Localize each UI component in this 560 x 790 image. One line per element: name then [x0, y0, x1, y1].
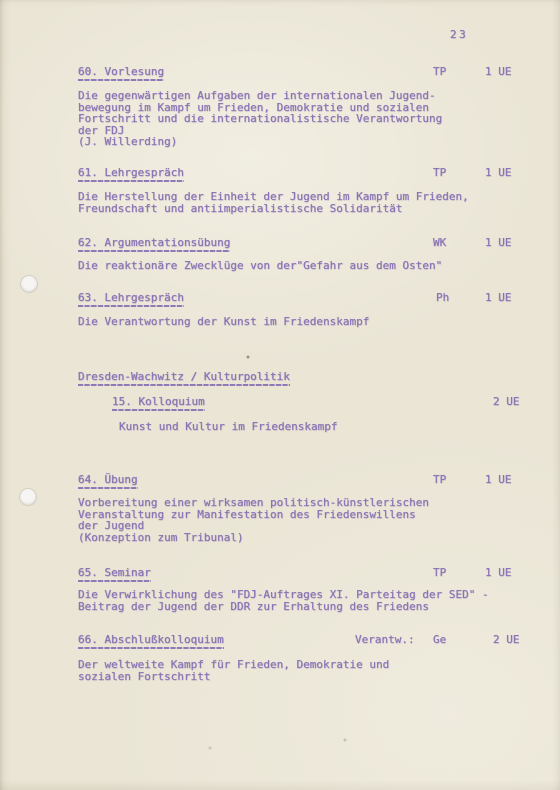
course-code: WK	[433, 237, 446, 249]
course-description: Vorbereitung einer wirksamen politisch-k…	[78, 497, 429, 543]
course-heading: 15. Kolloquium	[112, 396, 205, 411]
course-heading: 65. Seminar	[78, 567, 151, 582]
course-code: TP	[433, 567, 446, 579]
page-number: 23	[450, 29, 468, 41]
course-hours: 1 UE	[485, 292, 512, 304]
course-description: Die Verwirklichung des "FDJ-Auftrages XI…	[78, 589, 489, 612]
course-description: Kunst und Kultur im Friedenskampf	[119, 421, 338, 433]
course-hours: 1 UE	[485, 237, 512, 249]
course-heading: 66. Abschlußkolloquium	[78, 634, 224, 649]
subheading-title: Dresden-Wachwitz / Kulturpolitik	[78, 371, 290, 386]
course-hours: 2 UE	[493, 396, 520, 408]
punch-hole	[21, 276, 37, 292]
course-code: TP	[433, 167, 446, 179]
course-hours: 1 UE	[485, 474, 512, 486]
course-description: Die reaktionäre Zwecklüge von der"Gefahr…	[78, 260, 442, 272]
course-heading: 60. Vorlesung	[78, 66, 164, 81]
course-description: Der weltweite Kampf für Frieden, Demokra…	[78, 659, 389, 682]
course-heading: 61. Lehrgespräch	[78, 167, 184, 182]
course-code: TP	[433, 66, 446, 78]
responsible-label: Verantw.:	[355, 634, 415, 646]
course-hours: 1 UE	[485, 66, 512, 78]
course-description: Die Herstellung der Einheit der Jugend i…	[78, 191, 469, 214]
course-heading: 63. Lehrgespräch	[78, 292, 184, 307]
course-description: Die gegenwärtigen Aufgaben der internati…	[78, 90, 442, 148]
course-hours: 1 UE	[485, 567, 512, 579]
scanned-document-page: 23 60. Vorlesung TP 1 UE Die gegenwärtig…	[0, 0, 560, 790]
course-heading: 62. Argumentationsübung	[78, 237, 230, 252]
course-hours: 1 UE	[485, 167, 512, 179]
course-hours: 2 UE	[493, 634, 520, 646]
course-code: Ph	[436, 292, 449, 304]
course-code: TP	[433, 474, 446, 486]
course-heading: 64. Übung	[78, 474, 138, 489]
course-code: Ge	[433, 634, 446, 646]
punch-hole	[20, 489, 36, 505]
course-description: Die Verantwortung der Kunst im Friedensk…	[78, 316, 369, 328]
